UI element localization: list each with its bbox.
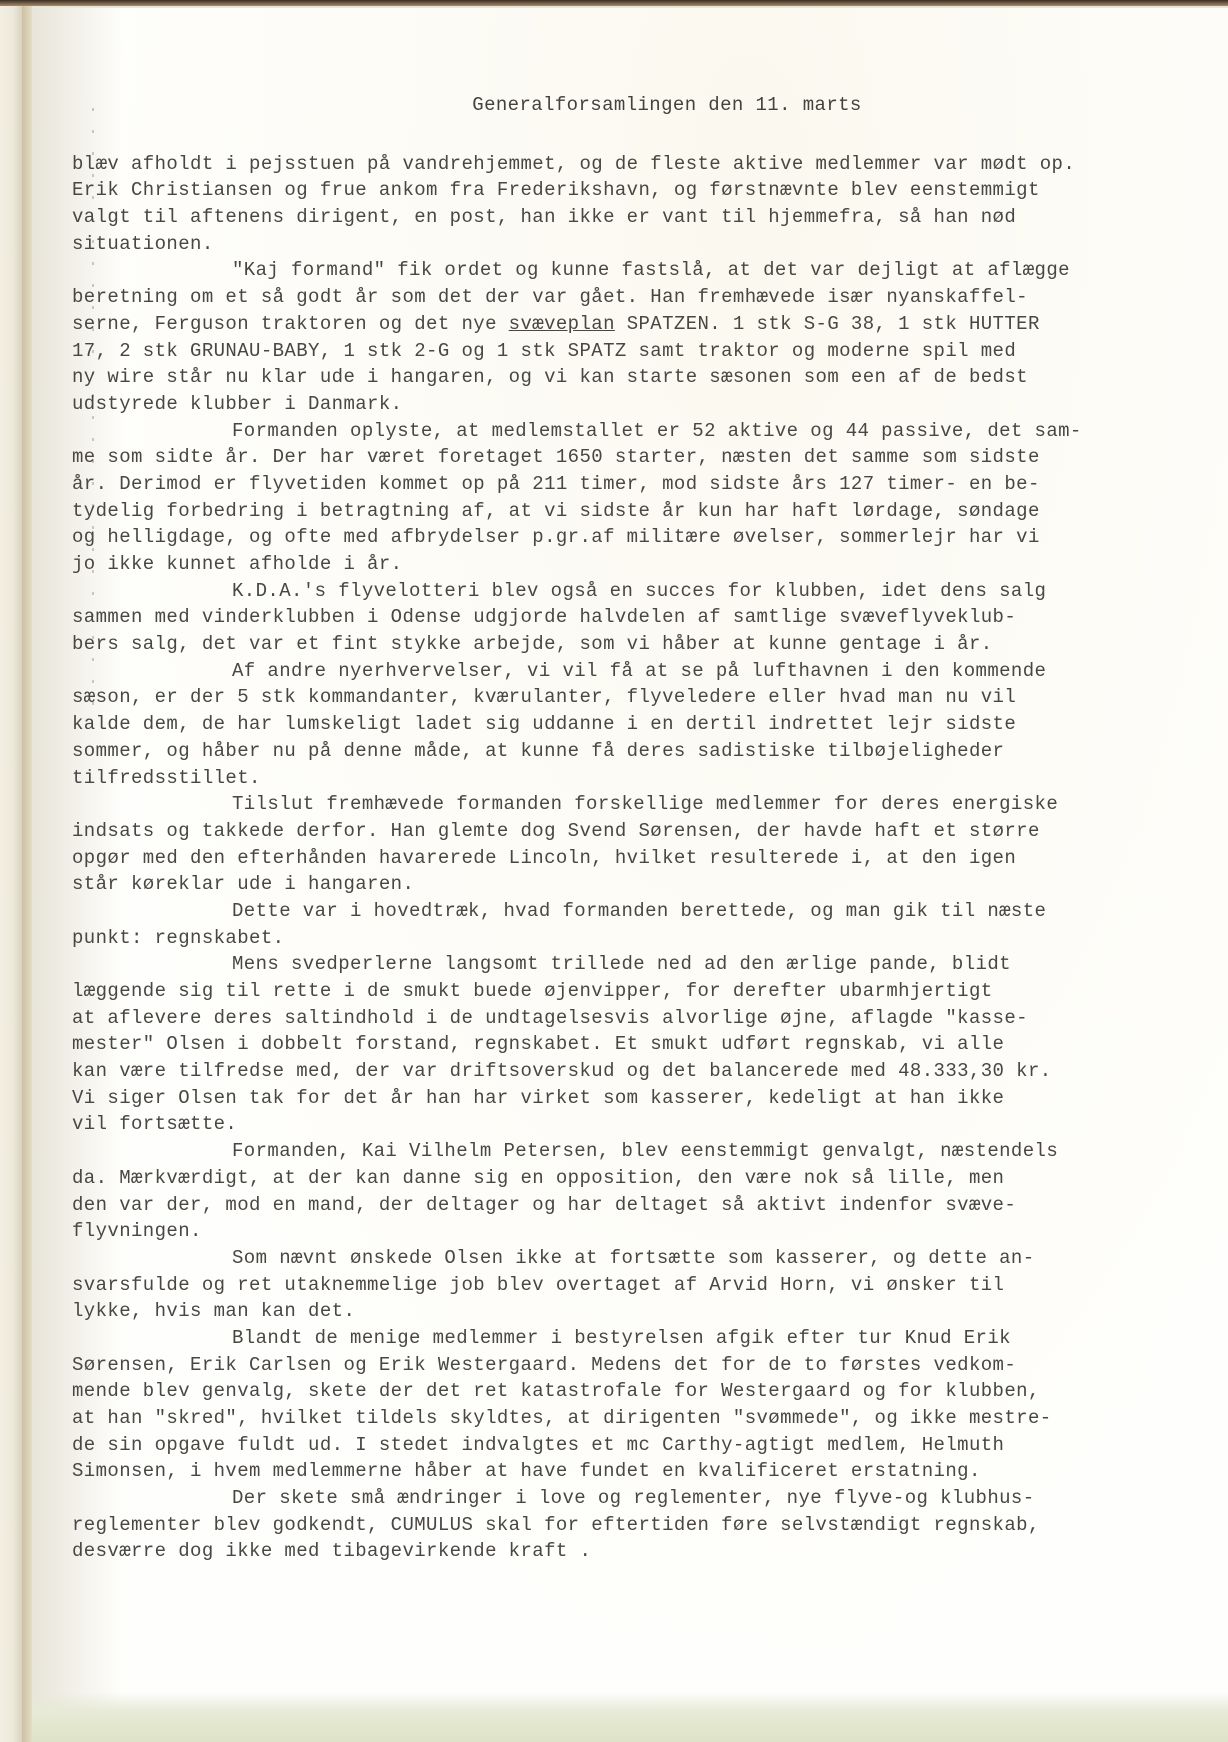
text-line: "Kaj formand" fik ordet og kunne fastslå… [72, 257, 1202, 284]
paragraph: blæv afholdt i pejsstuen på vandrehjemme… [72, 151, 1202, 258]
text-line: står køreklar ude i hangaren. [72, 871, 1202, 898]
text-line: K.D.A.'s flyvelotteri blev også en succe… [72, 578, 1202, 605]
text-line: sammen med vinderklubben i Odense udgjor… [72, 604, 1202, 631]
text-line: vil fortsætte. [72, 1111, 1202, 1138]
text-line: de sin opgave fuldt ud. I stedet indvalg… [72, 1432, 1202, 1459]
paragraph: Som nævnt ønskede Olsen ikke at fortsætt… [72, 1245, 1202, 1325]
text-line: valgt til aftenens dirigent, en post, ha… [72, 204, 1202, 231]
paragraph-list: blæv afholdt i pejsstuen på vandrehjemme… [72, 151, 1202, 1565]
paper-bottom-edge [32, 1692, 1228, 1742]
text-line: den var der, mod en mand, der deltager o… [72, 1192, 1202, 1219]
document-body: Generalforsamlingen den 11. marts blæv a… [72, 92, 1202, 1565]
text-line: Som nævnt ønskede Olsen ikke at fortsætt… [72, 1245, 1202, 1272]
text-line: svarsfulde og ret utaknemmelige job blev… [72, 1272, 1202, 1299]
scan-top-edge [0, 0, 1228, 6]
underlined-word: svæveplan [509, 313, 615, 335]
text-line: 17, 2 stk GRUNAU-BABY, 1 stk 2-G og 1 st… [72, 338, 1202, 365]
text-line: Af andre nyerhvervelser, vi vil få at se… [72, 658, 1202, 685]
text-line: opgør med den efterhånden havarerede Lin… [72, 845, 1202, 872]
text-line: Erik Christiansen og frue ankom fra Fred… [72, 177, 1202, 204]
text-line: Der skete små ændringer i love og reglem… [72, 1485, 1202, 1512]
text-line: at han "skred", hvilket tildels skyldtes… [72, 1405, 1202, 1432]
text-line: Blandt de menige medlemmer i bestyrelsen… [72, 1325, 1202, 1352]
text-line: Sørensen, Erik Carlsen og Erik Westergaa… [72, 1352, 1202, 1379]
text-line: mende blev genvalg, skete der det ret ka… [72, 1378, 1202, 1405]
text-line: Simonsen, i hvem medlemmerne håber at ha… [72, 1458, 1202, 1485]
text-line: sommer, og håber nu på denne måde, at ku… [72, 738, 1202, 765]
paragraph: "Kaj formand" fik ordet og kunne fastslå… [72, 257, 1202, 417]
paragraph: K.D.A.'s flyvelotteri blev også en succe… [72, 578, 1202, 658]
paragraph: Formanden, Kai Vilhelm Petersen, blev ee… [72, 1138, 1202, 1245]
text-line: læggende sig til rette i de smukt buede … [72, 978, 1202, 1005]
text-line: bers salg, det var et fint stykke arbejd… [72, 631, 1202, 658]
text-line: kan være tilfredse med, der var driftsov… [72, 1058, 1202, 1085]
text-line: me som sidte år. Der har været foretaget… [72, 444, 1202, 471]
text-line: år. Derimod er flyvetiden kommet op på 2… [72, 471, 1202, 498]
paragraph: Mens svedperlerne langsomt trillede ned … [72, 951, 1202, 1138]
text-line: punkt: regnskabet. [72, 925, 1202, 952]
text-line: blæv afholdt i pejsstuen på vandrehjemme… [72, 151, 1202, 178]
text-line: sæson, er der 5 stk kommandanter, kværul… [72, 684, 1202, 711]
text-line: lykke, hvis man kan det. [72, 1298, 1202, 1325]
text-line: Dette var i hovedtræk, hvad formanden be… [72, 898, 1202, 925]
page-fold-shadow [22, 6, 32, 1742]
text-line: tilfredsstillet. [72, 765, 1202, 792]
text-line: og helligdage, og ofte med afbrydelser p… [72, 524, 1202, 551]
text-line: mester" Olsen i dobbelt forstand, regnsk… [72, 1031, 1202, 1058]
text-line: udstyrede klubber i Danmark. [72, 391, 1202, 418]
page-stack-edge [0, 6, 22, 1742]
text-line: ny wire står nu klar ude i hangaren, og … [72, 364, 1202, 391]
text-line: Formanden oplyste, at medlemstallet er 5… [72, 418, 1202, 445]
text-line: Formanden, Kai Vilhelm Petersen, blev ee… [72, 1138, 1202, 1165]
document-title: Generalforsamlingen den 11. marts [72, 92, 1202, 119]
text-line: situationen. [72, 231, 1202, 258]
text-line: tydelig forbedring i betragtning af, at … [72, 498, 1202, 525]
text-line: at aflevere deres saltindhold i de undta… [72, 1005, 1202, 1032]
text-line: kalde dem, de har lumskeligt ladet sig u… [72, 711, 1202, 738]
text-line: flyvningen. [72, 1218, 1202, 1245]
text-line: reglementer blev godkendt, CUMULUS skal … [72, 1512, 1202, 1539]
text-line: Vi siger Olsen tak for det år han har vi… [72, 1085, 1202, 1112]
text-line: serne, Ferguson traktoren og det nye svæ… [72, 311, 1202, 338]
paragraph: Af andre nyerhvervelser, vi vil få at se… [72, 658, 1202, 791]
text-line: Mens svedperlerne langsomt trillede ned … [72, 951, 1202, 978]
text-line: desværre dog ikke med tibagevirkende kra… [72, 1538, 1202, 1565]
paragraph: Formanden oplyste, at medlemstallet er 5… [72, 418, 1202, 578]
paragraph: Tilslut fremhævede formanden forskellige… [72, 791, 1202, 898]
text-line: da. Mærkværdigt, at der kan danne sig en… [72, 1165, 1202, 1192]
paragraph: Blandt de menige medlemmer i bestyrelsen… [72, 1325, 1202, 1485]
text-line: beretning om et så godt år som det der v… [72, 284, 1202, 311]
paragraph: Der skete små ændringer i love og reglem… [72, 1485, 1202, 1565]
paragraph: Dette var i hovedtræk, hvad formanden be… [72, 898, 1202, 951]
text-line: jo ikke kunnet afholde i år. [72, 551, 1202, 578]
text-line: Tilslut fremhævede formanden forskellige… [72, 791, 1202, 818]
text-line: indsats og takkede derfor. Han glemte do… [72, 818, 1202, 845]
